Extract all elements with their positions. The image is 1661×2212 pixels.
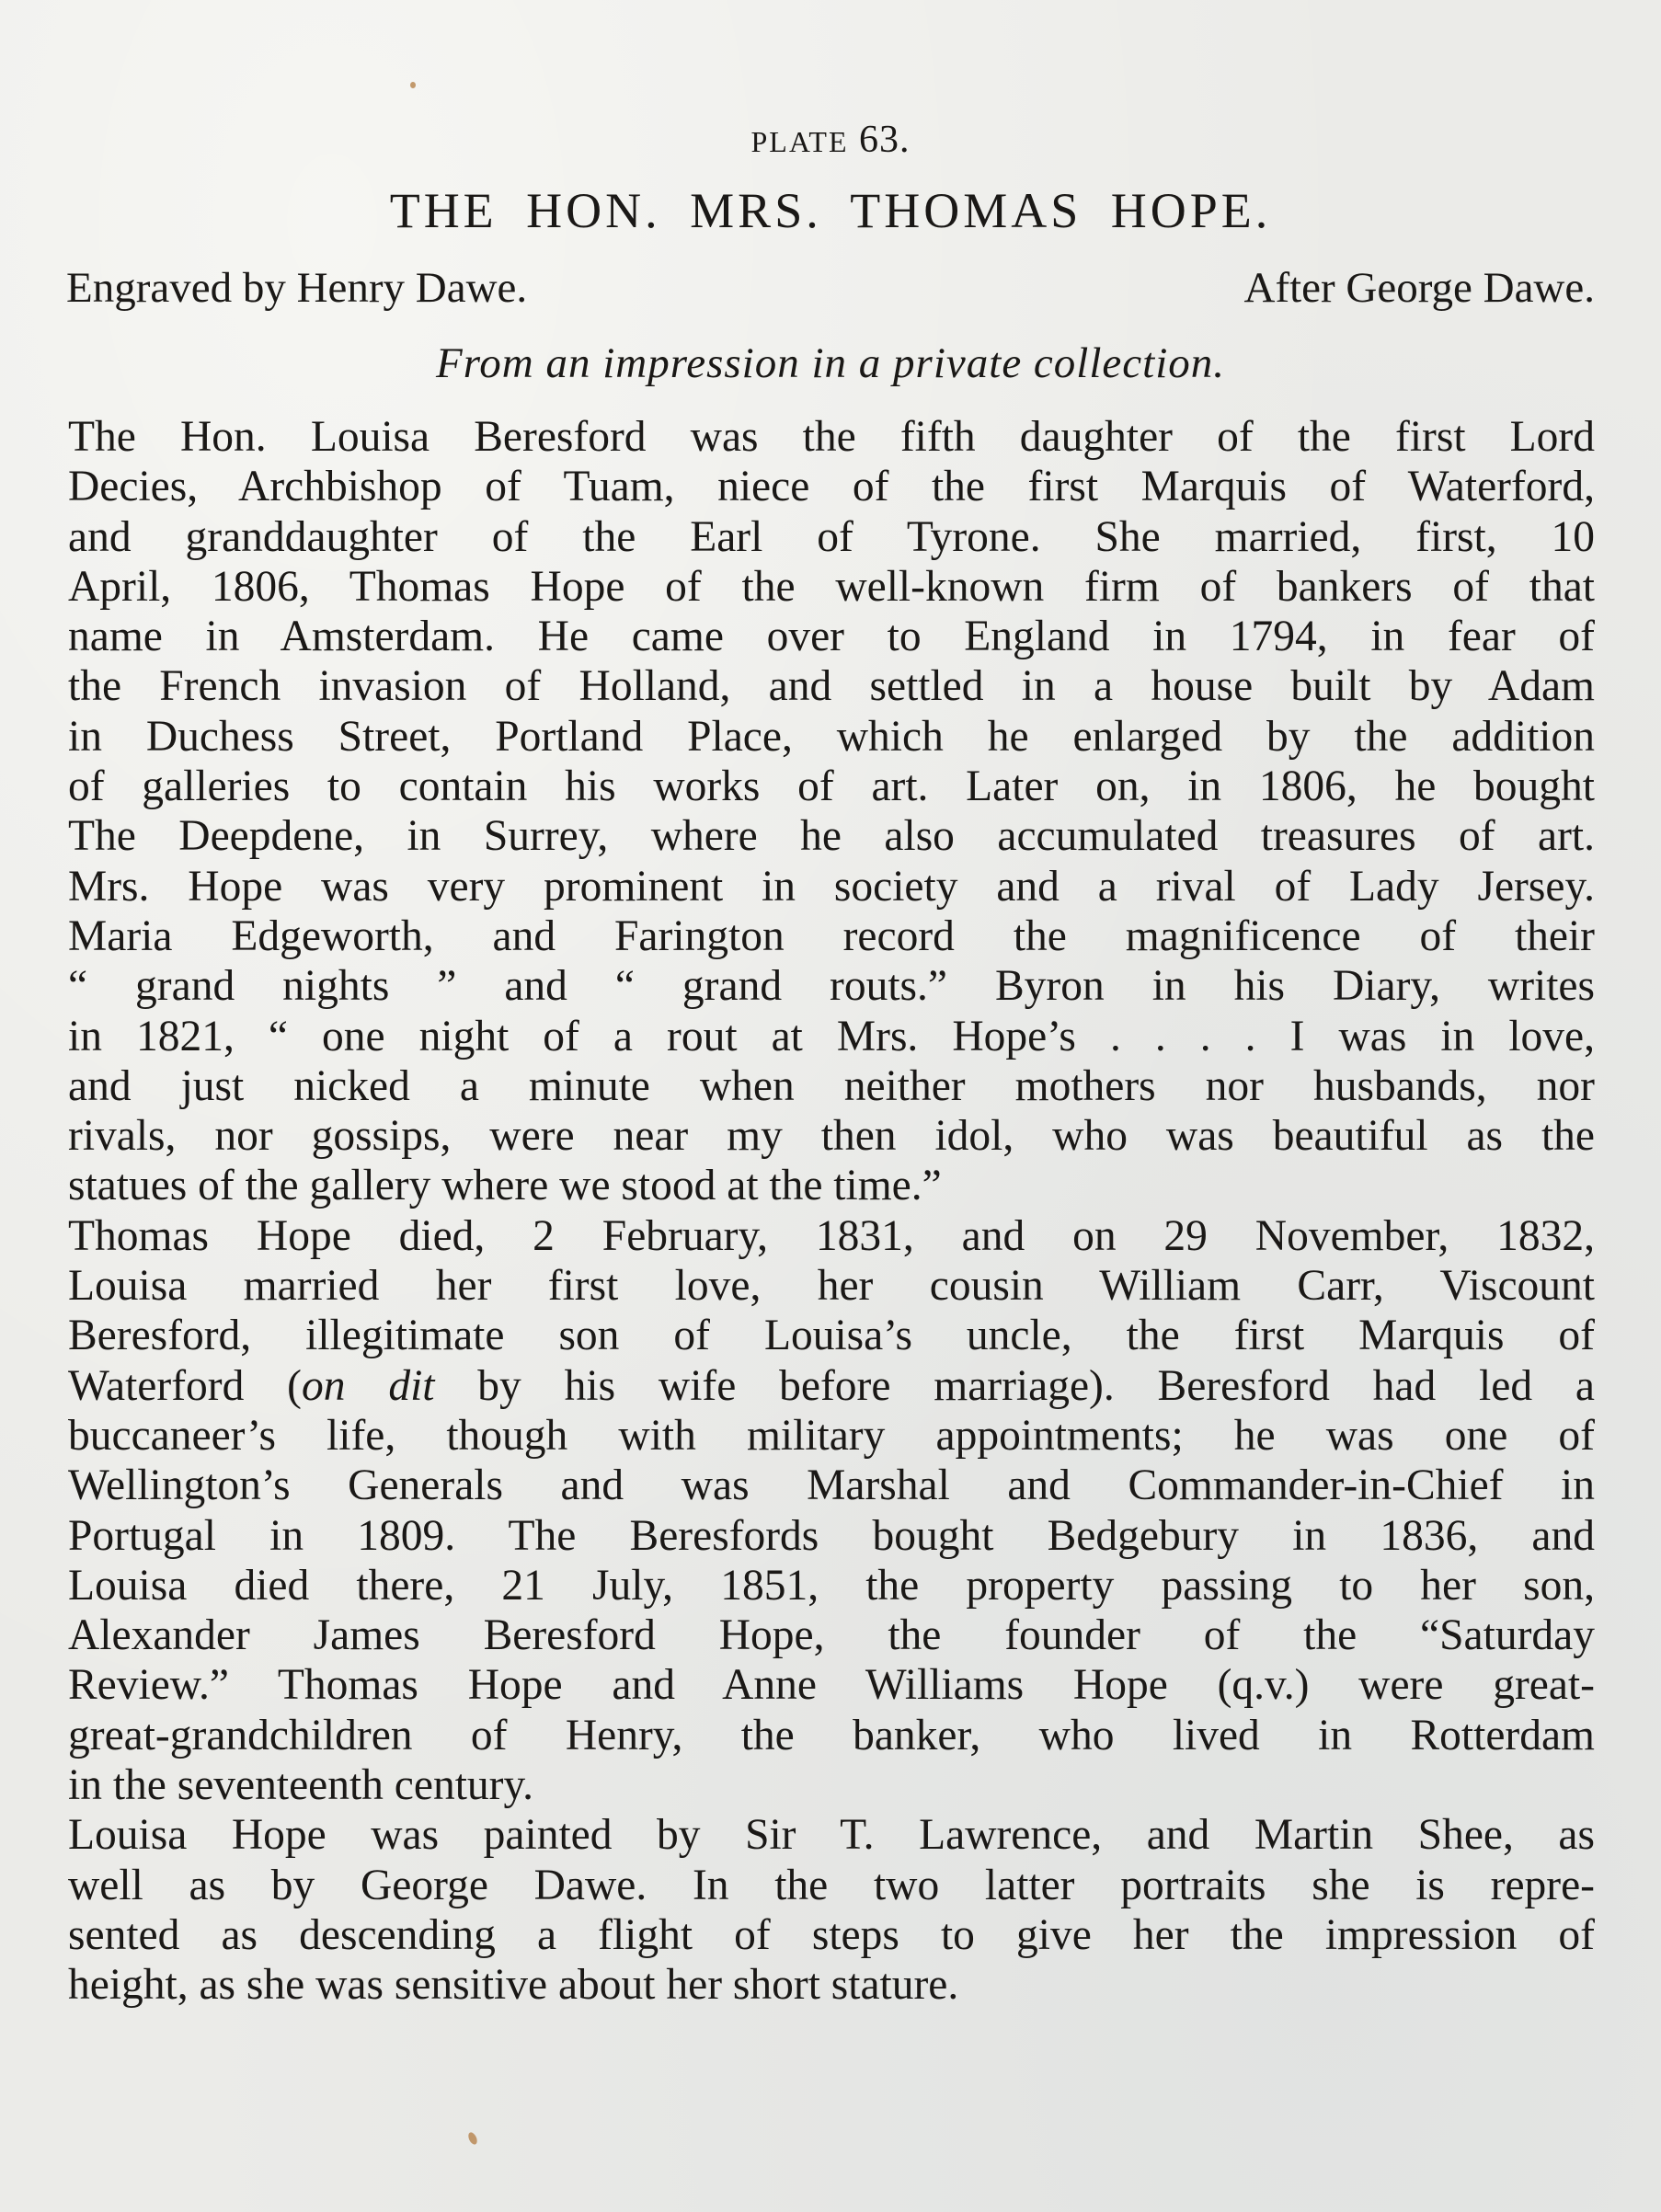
text-line: height, as she was sensitive about her s… (68, 1960, 1595, 2010)
credits-row: Engraved by Henry Dawe. After George Daw… (66, 263, 1595, 313)
foxing-speck (410, 82, 416, 88)
text-line: buccaneer’s life, though with military a… (68, 1411, 1595, 1461)
text-line: the French invasion of Holland, and sett… (68, 661, 1595, 711)
text-line: Mrs. Hope was very prominent in society … (68, 862, 1595, 911)
text-line: Review.” Thomas Hope and Anne Williams H… (68, 1660, 1595, 1710)
engraver-credit: Engraved by Henry Dawe. (66, 263, 527, 313)
text-line: statues of the gallery where we stood at… (68, 1161, 1595, 1210)
text-line: Maria Edgeworth, and Farington record th… (68, 911, 1595, 961)
plate-number: PLATE 63. (0, 118, 1661, 162)
text-line: April, 1806, Thomas Hope of the well-kno… (68, 562, 1595, 612)
text-line: well as by George Dawe. In the two latte… (68, 1861, 1595, 1910)
text-line: in 1821, “ one night of a rout at Mrs. H… (68, 1012, 1595, 1061)
text-line: Wellington’s Generals and was Marshal an… (68, 1461, 1595, 1510)
text-line: Portugal in 1809. The Beresfords bought … (68, 1511, 1595, 1561)
text-line: rivals, nor gossips, were near my then i… (68, 1111, 1595, 1161)
plate-label: PLATE (751, 125, 849, 158)
text-line: Beresford, illegitimate son of Louisa’s … (68, 1311, 1595, 1360)
text-line: Alexander James Beresford Hope, the foun… (68, 1610, 1595, 1660)
text-line: Decies, Archbishop of Tuam, niece of the… (68, 462, 1595, 511)
body-text: The Hon. Louisa Beresford was the fifth … (68, 412, 1595, 2011)
book-page: PLATE 63. THE HON. MRS. THOMAS HOPE. Eng… (0, 0, 1661, 2212)
plate-number-value: 63. (859, 119, 911, 161)
text-line: and granddaughter of the Earl of Tyrone.… (68, 512, 1595, 562)
text-line: in Duchess Street, Portland Place, which… (68, 712, 1595, 762)
text-segment: by his wife before marriage). Beresford … (434, 1362, 1595, 1410)
text-line: The Deepdene, in Surrey, where he also a… (68, 811, 1595, 861)
text-line: Thomas Hope died, 2 February, 1831, and … (68, 1211, 1595, 1261)
text-line: Louisa Hope was painted by Sir T. Lawren… (68, 1810, 1595, 1860)
text-line: “ grand nights ” and “ grand routs.” Byr… (68, 961, 1595, 1011)
text-line: name in Amsterdam. He came over to Engla… (68, 612, 1595, 661)
text-line: sented as descending a flight of steps t… (68, 1910, 1595, 1960)
text-line: great-grandchildren of Henry, the banker… (68, 1711, 1595, 1760)
after-artist-credit: After George Dawe. (1244, 263, 1596, 313)
text-line: Louisa married her first love, her cousi… (68, 1261, 1595, 1311)
italic-phrase: on dit (302, 1362, 434, 1410)
text-line-with-italic: Waterford (on dit by his wife before mar… (68, 1361, 1595, 1411)
text-line: and just nicked a minute when neither mo… (68, 1061, 1595, 1111)
foxing-speck (466, 2131, 478, 2146)
text-segment: Waterford ( (68, 1362, 302, 1410)
text-line: in the seventeenth century. (68, 1760, 1595, 1810)
text-line: Louisa died there, 21 July, 1851, the pr… (68, 1561, 1595, 1610)
page-title: THE HON. MRS. THOMAS HOPE. (0, 182, 1661, 239)
provenance-note: From an impression in a private collecti… (0, 338, 1661, 388)
text-line: The Hon. Louisa Beresford was the fifth … (68, 412, 1595, 462)
text-line: of galleries to contain his works of art… (68, 762, 1595, 811)
